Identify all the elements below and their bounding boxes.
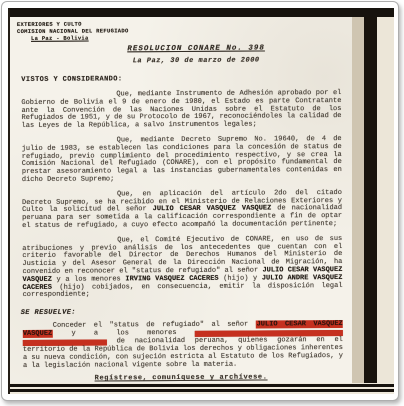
photo-frame: EXTERIORES Y CULTO COMISION NACIONAL DEL… [1, 1, 399, 401]
title-block: RESOLUCION CONARE No. 398 La Paz, 30 de … [9, 44, 349, 66]
paragraph-4-text-end: (hijo) cobijados, en consecuencia, emiti… [23, 282, 343, 300]
resuelve-heading: SE RESUELVE: [21, 307, 351, 317]
vistos-heading: VISTOS Y CONSIDERANDO: [21, 74, 349, 84]
paragraph-1: Que, mediante Instrumento de Adhesión ap… [21, 90, 341, 131]
closing-line: Regístrese, comuníquese y archívese. [11, 373, 351, 383]
scan-right-border [350, 8, 394, 394]
scan-bottom-border [10, 383, 394, 394]
scanned-document-screenshot: EXTERIORES Y CULTO COMISION NACIONAL DEL… [0, 0, 404, 406]
document-title: RESOLUCION CONARE No. 398 [43, 44, 349, 54]
dateline: La Paz, 30 de marzo de 2000 [43, 56, 349, 66]
paragraph-4: Que, el Comité Ejecutivo de CONARE, en u… [22, 236, 342, 300]
letterhead: EXTERIORES Y CULTO COMISION NACIONAL DEL… [17, 19, 349, 42]
paragraph-2: Que, mediante Decreto Supremo No. 19640,… [22, 136, 342, 185]
scan-top-border [10, 8, 394, 17]
resolution-paragraph: Conceder el "status de refugiado" al señ… [23, 320, 343, 370]
document-scan: EXTERIORES Y CULTO COMISION NACIONAL DEL… [8, 8, 394, 394]
document-page: EXTERIORES Y CULTO COMISION NACIONAL DEL… [9, 16, 351, 384]
letterhead-city: La Paz - Bolivia [31, 33, 349, 42]
paragraph-3: Que, en aplicación del artículo 2do del … [22, 190, 342, 231]
